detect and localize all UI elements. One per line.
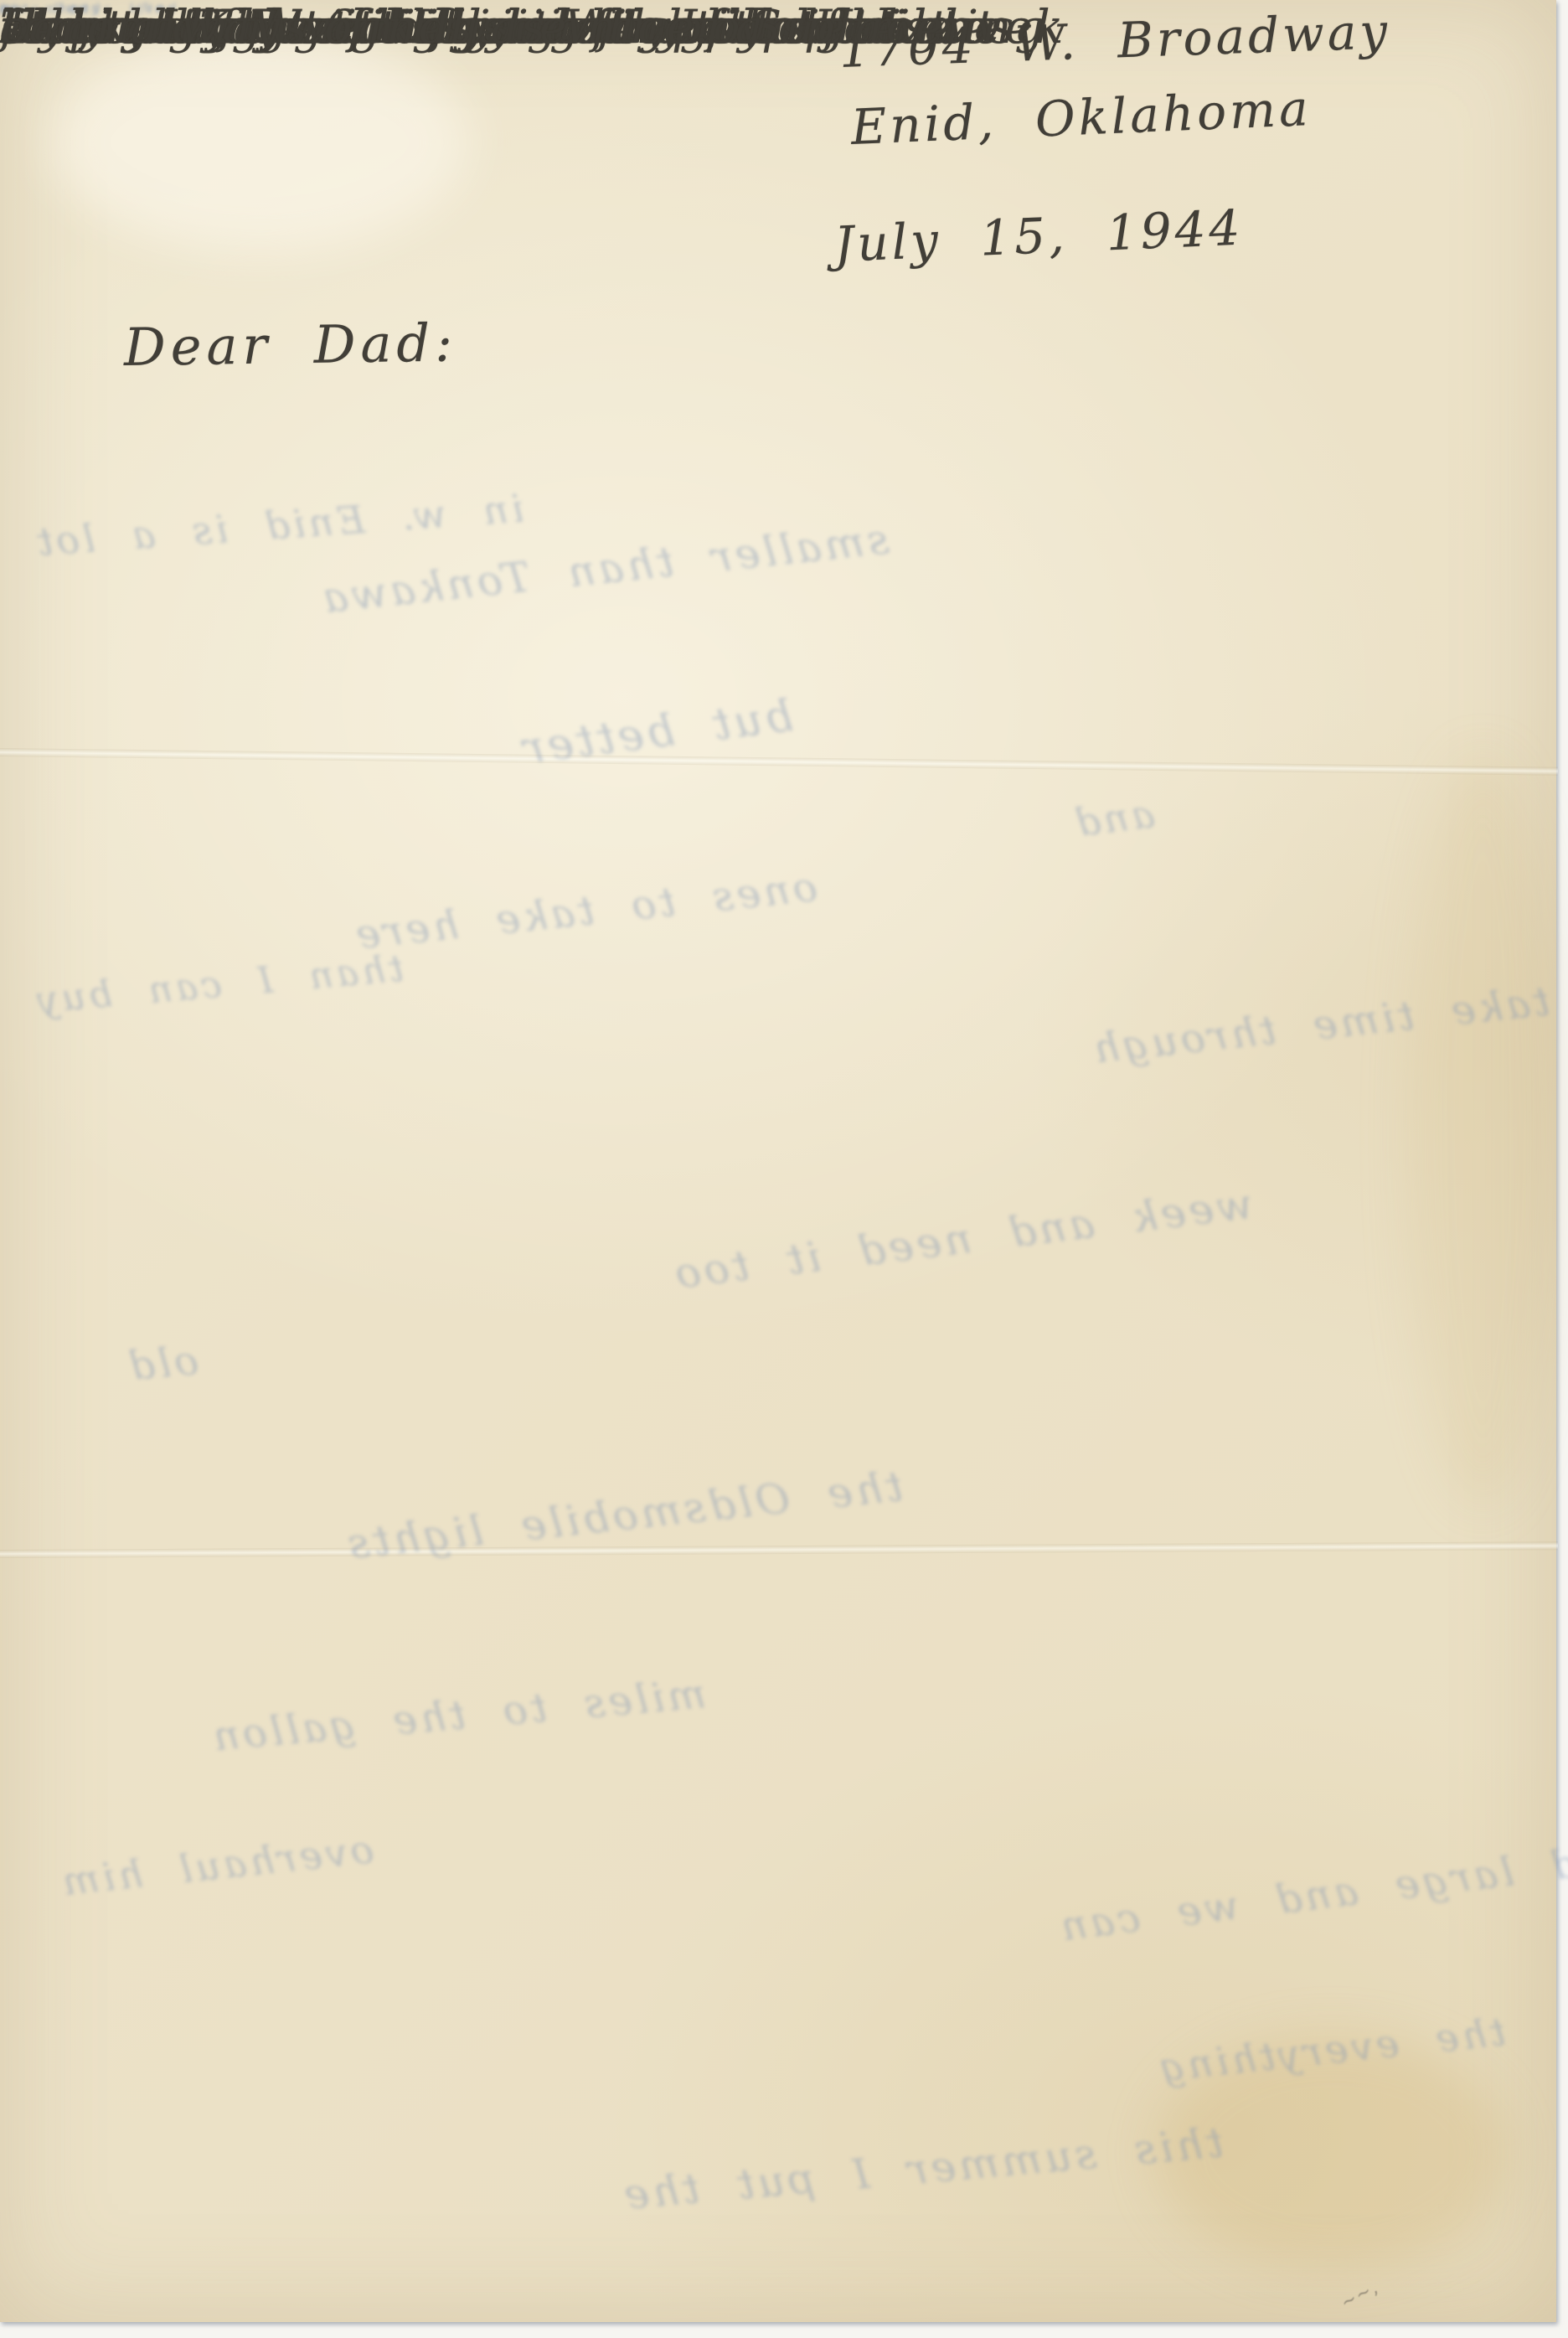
bleedthrough-text: ones to take here: [351, 864, 820, 959]
letter-paper: in w. Enid is a lot smaller than Tonkawa…: [0, 0, 1556, 2322]
bleedthrough-text: week and need it too: [669, 1179, 1256, 1299]
return-address-city: Enid, Oklahoma: [850, 80, 1313, 156]
paper-highlight: [50, 34, 469, 251]
letter-date: July 15, 1944: [833, 199, 1245, 273]
bleedthrough-text: good and large and we can: [1055, 1815, 1568, 1950]
bleedthrough-text: and: [1070, 791, 1157, 846]
bleedthrough-text: this summer I put the: [619, 2119, 1225, 2220]
salutation: Dear Dad:: [123, 312, 457, 378]
body-line: can always find as nice a place: [0, 0, 946, 54]
bleedthrough-text: in w. Enid is a lot: [33, 486, 525, 565]
fold-crease: [0, 748, 1558, 776]
bleedthrough-text: than I can buy: [33, 947, 405, 1022]
bleedthrough-text: miles to the gallon: [209, 1670, 708, 1761]
paper-stain: [1407, 754, 1558, 1508]
scanned-letter: in w. Enid is a lot smaller than Tonkawa…: [0, 0, 1568, 2338]
pencil-mark: ~~,: [1338, 2277, 1382, 2314]
bleedthrough-text: overhaul him: [57, 1826, 375, 1904]
bleedthrough-text: old: [124, 1337, 201, 1390]
fold-crease: [0, 1541, 1558, 1558]
